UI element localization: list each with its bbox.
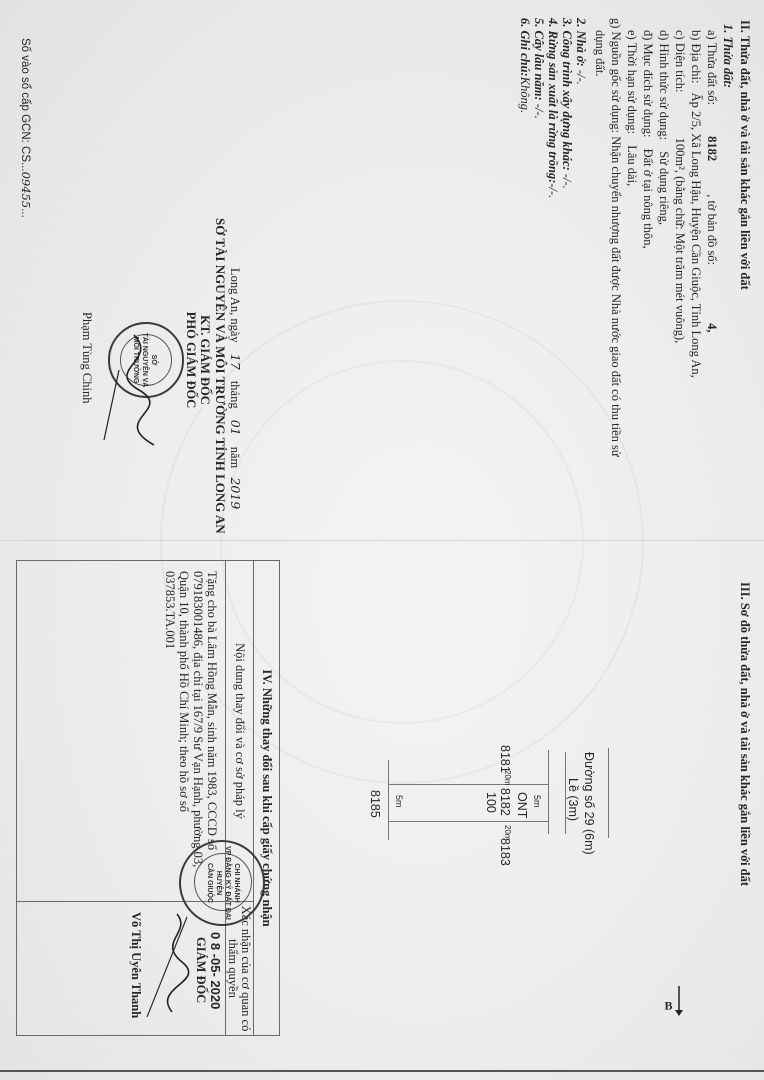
road-label: Đường số 29 (6m) [582,752,596,855]
origin-line-1: g) Nguồn gốc sử dụng: Nhận chuyển nhượng… [608,18,623,457]
item-other-construction: 3. Công trình xây dựng khác: -/-. [560,18,574,198]
item-house: 2. Nhà ở: -/-. [574,18,588,198]
north-label: B [664,999,672,1014]
map-sheet-number: 4, [705,323,719,332]
item-notes: 6. Ghi chú:Không. [518,18,532,198]
parcel-row: a) Thửa đất số: 8182 , tờ bản đồ số: 4, [704,30,719,333]
sign-month: 01 [228,420,243,436]
purpose-row: đ) Mục đích sử dụng: Đất ở tại nông thôn… [640,30,655,249]
land-type: ONT [515,792,529,818]
address-label: b) Địa chỉ: [689,30,703,83]
term-value: Lâu dài, [625,145,639,186]
registry-number: Số vào sổ cấp GCN: CS...09455... [19,38,33,218]
confirm-date: 0 8 -05- 2020 [208,932,223,1009]
purpose-value: Đất ở tại nông thôn, [641,149,655,249]
item-forest: 4. Rừng sản xuất là rừng trồng:-/-. [546,18,560,198]
neighbor-back: 8185 [368,790,382,818]
position: PHÓ GIÁM ĐỐC [183,300,198,420]
place-date: Long An, ngày 17 tháng 01 năm 2019 [227,268,243,509]
parcel-back [388,760,389,840]
changes-table: IV. Những thay đổi sau khi cấp giấy chứn… [16,560,280,1036]
area-row: c) Diện tích: 100m², (bằng chữ: Một trăm… [672,30,687,343]
confirm-signer: Võ Thị Uyên Thanh [128,912,143,1018]
parcel-label: a) Thửa đất số: [705,30,719,105]
map-sheet-label: , tờ bản đồ số: [705,194,719,265]
other-items: 2. Nhà ở: -/-. 3. Công trình xây dựng kh… [518,18,588,198]
term-row: e) Thời hạn sử dụng: Lâu dài, [624,30,639,186]
parcel-number: 8182 [705,136,719,161]
dim-back: 5m [394,795,404,808]
usage-form-value: Sử dụng riêng, [657,151,671,225]
parcel-area-diagram: 100 [484,792,498,813]
confirm-signature [137,912,197,1022]
usage-form-label: d) Hình thức sử dụng: [657,30,671,140]
parcel-side-left [389,784,549,785]
signer-name: Phạm Tùng Chinh [79,312,94,403]
sidewalk-label: Lề (3m) [566,778,580,821]
section-iii-title: III. Sơ đồ thửa đất, nhà ở và tài sản kh… [737,582,752,886]
sign-day: 17 [228,354,243,370]
certificate-page: II. Thửa đất, nhà ở và tài sản khác gắn … [0,0,764,1080]
agency-name: SỞ TÀI NGUYÊN VÀ MÔI TRƯỜNG TỈNH LONG AN [212,218,228,534]
sign-year: 2019 [228,477,243,509]
signature-scribble [94,330,164,450]
parcel-number-diagram: 8182 [498,788,512,816]
address-row: b) Địa chỉ: Ấp 2/5, Xã Long Hậu, Huyện C… [688,30,703,378]
page-edge [0,1070,764,1072]
purpose-label: đ) Mục đích sử dụng: [641,30,655,137]
neighbor-right: 8183 [498,838,512,866]
area-value: 100m², (bằng chữ: Một trăm mét vuông), [673,138,687,344]
address-value: Ấp 2/5, Xã Long Hậu, Huyện Cần Giuộc, Tỉ… [689,93,703,378]
confirm-cell: 0 8 -05- 2020 GIÁM ĐỐC CHI NHÁNH VP ĐĂNG… [17,902,226,1036]
section-ii-title: II. Thửa đất, nhà ở và tài sản khác gắn … [737,20,752,290]
road-edge-outer [608,748,609,838]
area-label: c) Diện tích: [673,30,687,92]
neighbor-left: 8181 [498,745,512,773]
north-arrow [674,986,684,1014]
parcel-side-right [389,821,549,822]
land-heading: 1. Thửa đất: [720,24,735,88]
term-label: e) Thời hạn sử dụng: [625,30,639,134]
section-iv-title: IV. Những thay đổi sau khi cấp giấy chứn… [254,561,280,1036]
dim-front: 5m [532,795,542,808]
origin-line-2: dụng đất. [592,30,607,77]
page-fold [0,540,764,541]
usage-form-row: d) Hình thức sử dụng: Sử dụng riêng, [656,30,671,225]
on-behalf: KT. GIÁM ĐỐC [197,300,212,420]
item-perennial: 5. Cây lâu năm: -/-. [532,18,546,198]
